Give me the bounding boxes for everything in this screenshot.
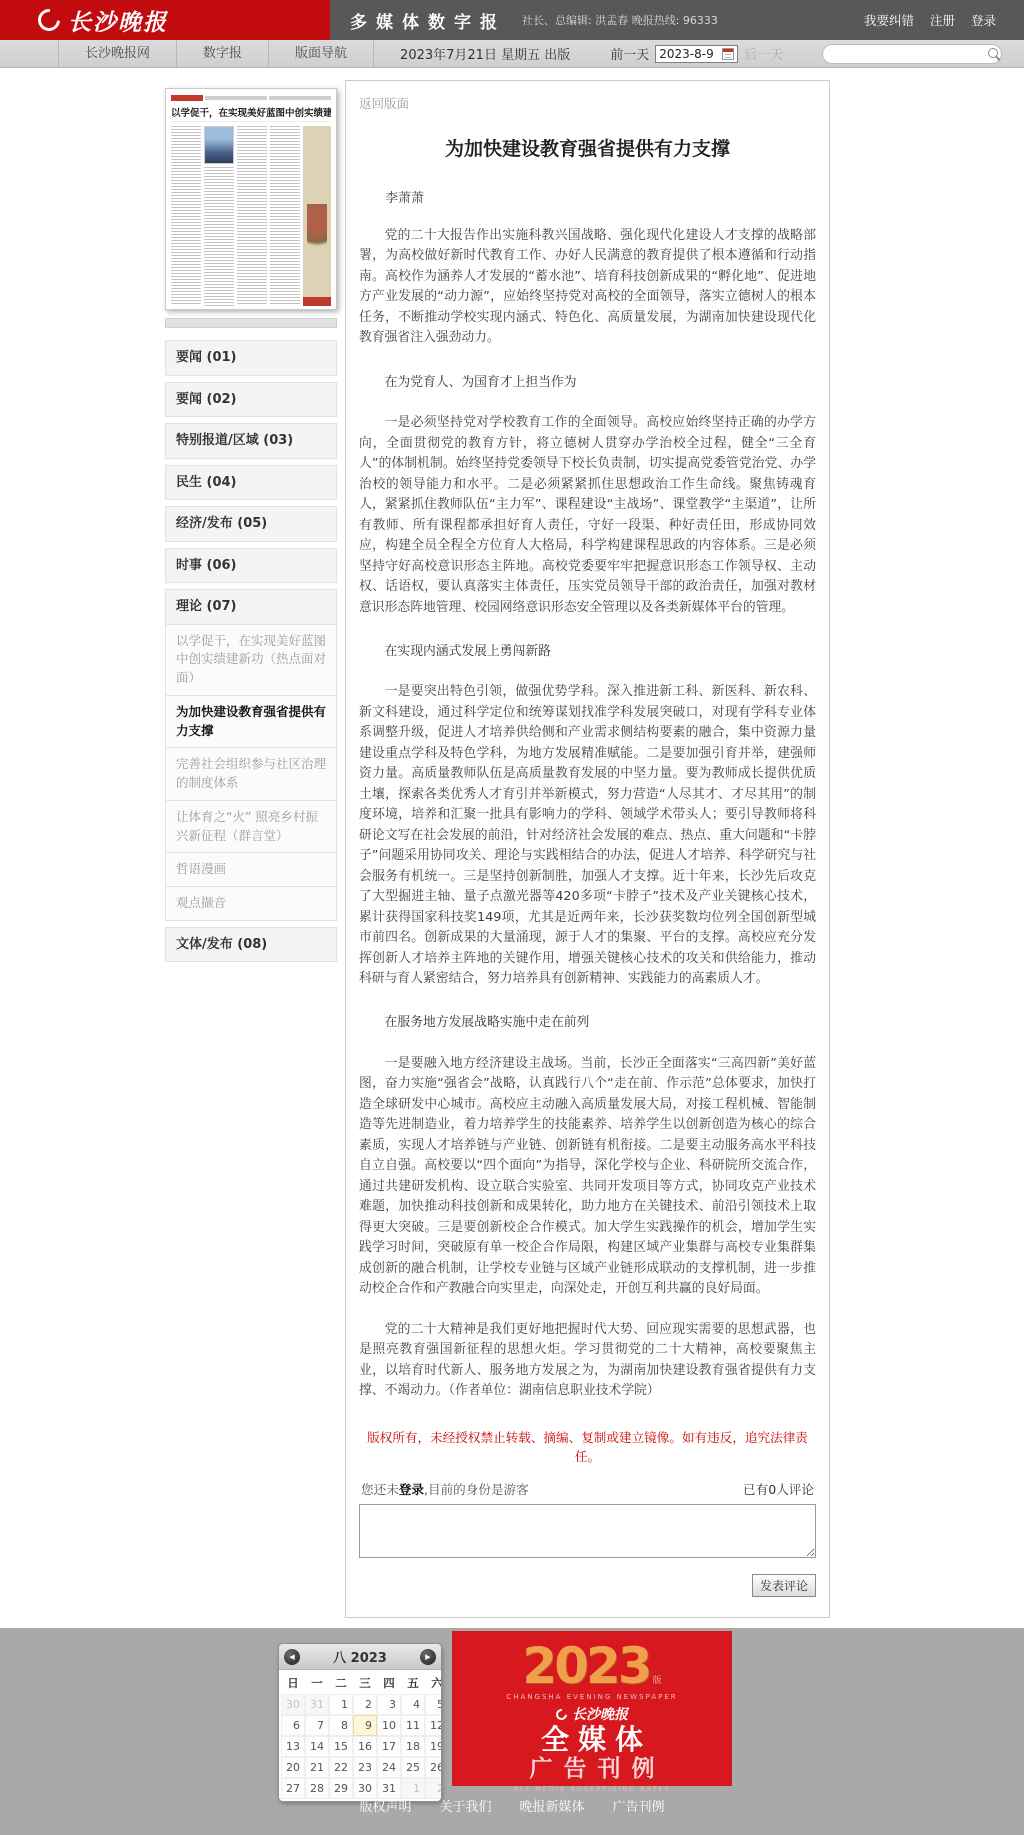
article-paragraph: 党的二十大报告作出实施科教兴国战略、强化现代化建设人才支撑的战略部署，为高校做好… xyxy=(359,226,816,349)
ad-logo-text: 长沙晚报 xyxy=(572,1704,628,1724)
masthead-title: 多媒体数字报 xyxy=(350,8,506,33)
nav-tabs: 长沙晚报网数字报版面导航 xyxy=(58,40,374,67)
article-author: 李萧萧 xyxy=(359,187,816,206)
comment-count: 已有0人评论 xyxy=(743,1479,814,1498)
calendar-weekday: 五 xyxy=(401,1672,425,1694)
login-status-prefix: 您还未 xyxy=(361,1482,399,1497)
sidebar-section-link[interactable]: 文体/发布 (08) xyxy=(165,927,337,963)
thumbnail-column xyxy=(270,126,300,306)
footer-links: 版权声明关于我们晚报新媒体广告刊例 xyxy=(0,1796,1024,1815)
ad-edition-badge: 版 xyxy=(653,1676,662,1686)
thumbnail-masthead-line xyxy=(269,96,331,100)
calendar-day[interactable]: 21 xyxy=(305,1757,329,1778)
secondary-nav: 长沙晚报网数字报版面导航 2023年7月21日 星期五 出版 前一天 后一天 xyxy=(0,40,1024,68)
calendar-day[interactable]: 8 xyxy=(329,1715,353,1736)
footer-band: ◀ 八 2023 ▶ 日一二三四五六3031123456789101112131… xyxy=(0,1628,1024,1835)
thumbnail-column xyxy=(171,126,201,306)
calendar-day[interactable]: 20 xyxy=(281,1757,305,1778)
calendar-prev-icon[interactable]: ◀ xyxy=(284,1649,300,1665)
calendar-day[interactable]: 17 xyxy=(377,1736,401,1757)
calendar-day[interactable]: 6 xyxy=(281,1715,305,1736)
thumbnail-body xyxy=(171,126,331,306)
publish-date: 2023年7月21日 星期五 出版 xyxy=(400,44,570,63)
topbar-link-2[interactable]: 登录 xyxy=(971,11,996,29)
thumbnail-columns xyxy=(171,126,300,306)
submit-comment-button[interactable]: 发表评论 xyxy=(752,1574,816,1597)
sidebar-section-link[interactable]: 时事 (06) xyxy=(165,548,337,584)
copyright-notice: 版权所有，未经授权禁止转载、摘编、复制或建立镜像。如有违反，追究法律责任。 xyxy=(359,1427,816,1465)
calendar-day[interactable]: 4 xyxy=(401,1694,425,1715)
ad-subtitle: CHANGSHA EVENING NEWSPAPER xyxy=(452,1693,732,1701)
thumbnail-portrait-photo xyxy=(204,126,234,164)
calendar-day[interactable]: 10 xyxy=(377,1715,401,1736)
calendar-day[interactable]: 31 xyxy=(305,1694,329,1715)
article-title: 为加快建设教育强省提供有力支撑 xyxy=(359,134,816,161)
calendar-weekday: 六 xyxy=(425,1672,442,1694)
footer-link-3[interactable]: 广告刊例 xyxy=(613,1800,665,1815)
top-header-bar: 长沙晚报 多媒体数字报 社长、总编辑: 洪孟春 晚报热线: 96333 我要纠错… xyxy=(0,0,1024,40)
calendar-day[interactable]: 13 xyxy=(281,1736,305,1757)
sidebar-article-link[interactable]: 以学促干，在实现美好蓝图中创实绩建新功（热点面对面） xyxy=(165,625,337,696)
thumbnail-masthead-red xyxy=(171,95,203,101)
calendar-day[interactable]: 18 xyxy=(401,1736,425,1757)
article-panel: 返回版面 为加快建设教育强省提供有力支撑 李萧萧 党的二十大报告作出实施科教兴国… xyxy=(345,80,830,1618)
calendar-header: ◀ 八 2023 ▶ xyxy=(279,1644,441,1670)
next-day-link[interactable]: 后一天 xyxy=(744,44,783,63)
calendar-weekday: 三 xyxy=(353,1672,377,1694)
calendar-day[interactable]: 22 xyxy=(329,1757,353,1778)
back-to-page-link[interactable]: 返回版面 xyxy=(359,94,409,112)
login-link[interactable]: 登录 xyxy=(399,1482,424,1497)
calendar-weekday: 日 xyxy=(281,1672,305,1694)
calendar-weekday: 二 xyxy=(329,1672,353,1694)
calendar-day[interactable]: 14 xyxy=(305,1736,329,1757)
calendar-day[interactable]: 12 xyxy=(425,1715,442,1736)
nav-tab-1[interactable]: 数字报 xyxy=(177,40,269,67)
submit-row: 发表评论 xyxy=(359,1574,816,1597)
calendar-day[interactable]: 2 xyxy=(353,1694,377,1715)
nav-tab-2[interactable]: 版面导航 xyxy=(269,40,374,67)
search-box xyxy=(822,44,1002,64)
calendar-icon[interactable] xyxy=(722,48,734,60)
sidebar: 以学促干，在实现美好蓝图中创实绩建新功 要闻 (01)要闻 (02) xyxy=(165,88,337,962)
footer-link-1[interactable]: 关于我们 xyxy=(439,1800,491,1815)
calendar-day[interactable]: 19 xyxy=(425,1736,442,1757)
topbar-links: 我要纠错注册登录 xyxy=(864,0,1024,40)
article-body: 党的二十大报告作出实施科教兴国战略、强化现代化建设人才支撑的战略部署，为高校做好… xyxy=(359,226,816,1401)
calendar-day[interactable]: 30 xyxy=(281,1694,305,1715)
ad-year: 2023 xyxy=(522,1641,649,1691)
article-paragraph: 党的二十大精神是我们更好地把握时代大势、回应现实需要的思想武器，也是照亮教育强国… xyxy=(359,1320,816,1402)
footer-link-0[interactable]: 版权声明 xyxy=(359,1800,411,1815)
newspaper-logo-icon xyxy=(34,5,65,36)
calendar-day[interactable]: 3 xyxy=(377,1694,401,1715)
calendar-day[interactable]: 15 xyxy=(329,1736,353,1757)
search-input[interactable] xyxy=(823,46,988,62)
calendar-day[interactable]: 25 xyxy=(401,1757,425,1778)
newspaper-logo[interactable]: 长沙晚报 xyxy=(0,0,330,40)
calendar-day[interactable]: 5 xyxy=(425,1694,442,1715)
article-subheading: 在服务地方发展战略实施中走在前列 xyxy=(359,1013,816,1033)
prev-day-link[interactable]: 前一天 xyxy=(610,44,649,63)
thumbnail-masthead xyxy=(171,94,331,102)
calendar-day[interactable]: 24 xyxy=(377,1757,401,1778)
comment-meta-row: 您还未登录,目前的身份是游客 已有0人评论 xyxy=(361,1479,814,1498)
article-paragraph: 一是要融入地方经济建设主战场。当前，长沙正全面落实“三高四新”美好蓝图，奋力实施… xyxy=(359,1054,816,1300)
ad-line2: 广告刊例 xyxy=(452,1757,732,1782)
topbar-link-0[interactable]: 我要纠错 xyxy=(864,11,914,29)
section-list: 要闻 (01)要闻 (02)特别报道/区域 (03)民生 (04)经济/发布 (… xyxy=(165,340,337,962)
comment-textarea[interactable] xyxy=(359,1504,816,1558)
thumbnail-pager-strip xyxy=(165,318,337,328)
article-subheading: 在为党育人、为国育才上担当作为 xyxy=(359,373,816,393)
search-icon[interactable] xyxy=(988,48,993,61)
page-thumbnail[interactable]: 以学促干，在实现美好蓝图中创实绩建新功 xyxy=(165,88,337,310)
ad-year-row: 2023版 xyxy=(452,1641,732,1691)
calendar-weekday: 四 xyxy=(377,1672,401,1694)
footer-link-2[interactable]: 晚报新媒体 xyxy=(520,1800,585,1815)
thumbnail-illustration xyxy=(303,126,331,306)
calendar-day[interactable]: 23 xyxy=(353,1757,377,1778)
page: 长沙晚报 多媒体数字报 社长、总编辑: 洪孟春 晚报热线: 96333 我要纠错… xyxy=(0,0,1024,1835)
article-paragraph: 一是必须坚持党对学校教育工作的全面领导。高校应始终坚持正确的办学方向，全面贯彻党… xyxy=(359,413,816,618)
date-input[interactable] xyxy=(659,47,719,61)
ad-line3: ALL MEDIA ADVERTISING RATES xyxy=(452,1785,732,1793)
topbar-link-1[interactable]: 注册 xyxy=(930,11,955,29)
sidebar-article-link[interactable]: 哲语漫画 xyxy=(165,853,337,887)
sidebar-section-link[interactable]: 理论 (07) xyxy=(165,589,337,625)
thumbnail-column-text xyxy=(204,167,234,306)
nav-tab-0[interactable]: 长沙晚报网 xyxy=(59,40,177,67)
calendar-day-today[interactable]: 9 xyxy=(353,1715,377,1736)
login-status-suffix: ,目前的身份是游客 xyxy=(424,1482,529,1497)
calendar-weekday: 一 xyxy=(305,1672,329,1694)
thumbnail-column xyxy=(237,126,267,306)
thumbnail-headline: 以学促干，在实现美好蓝图中创实绩建新功 xyxy=(171,105,331,122)
sidebar-section-link[interactable]: 经济/发布 (05) xyxy=(165,506,337,542)
sidebar-section-link[interactable]: 特别报道/区域 (03) xyxy=(165,423,337,459)
calendar-day[interactable]: 16 xyxy=(353,1736,377,1757)
calendar-day[interactable]: 11 xyxy=(401,1715,425,1736)
sidebar-section-link[interactable]: 要闻 (02) xyxy=(165,382,337,418)
masthead-info: 社长、总编辑: 洪孟春 晚报热线: 96333 xyxy=(522,12,718,28)
calendar-grid: 日一二三四五六303112345678910111213141516171819… xyxy=(279,1670,441,1801)
calendar-day[interactable]: 7 xyxy=(305,1715,329,1736)
calendar-month-title: 八 2023 xyxy=(333,1647,387,1666)
calendar-day[interactable]: 26 xyxy=(425,1757,442,1778)
ad-line1: 全媒体 xyxy=(452,1724,732,1756)
advertising-banner[interactable]: 2023版 CHANGSHA EVENING NEWSPAPER 长沙晚报 全媒… xyxy=(452,1631,732,1786)
calendar-next-icon[interactable]: ▶ xyxy=(420,1649,436,1665)
masthead: 多媒体数字报 社长、总编辑: 洪孟春 晚报热线: 96333 xyxy=(330,0,864,40)
sidebar-article-link[interactable]: 完善社会组织参与社区治理的制度体系 xyxy=(165,748,337,801)
login-status: 您还未登录,目前的身份是游客 xyxy=(361,1479,529,1498)
ad-logo-icon xyxy=(554,1707,569,1722)
sidebar-article-link[interactable]: 为加快建设教育强省提供有力支撑 xyxy=(165,696,337,749)
thumbnail-column xyxy=(204,126,234,306)
date-picker xyxy=(655,45,738,63)
calendar-widget: ◀ 八 2023 ▶ 日一二三四五六3031123456789101112131… xyxy=(278,1643,442,1802)
ad-logo-row: 长沙晚报 xyxy=(452,1704,732,1724)
day-navigation: 前一天 后一天 xyxy=(610,44,783,63)
sidebar-article-link[interactable]: 让体育之“火” 照亮乡村振兴新征程（群言堂） xyxy=(165,801,337,854)
newspaper-logo-text: 长沙晚报 xyxy=(68,4,168,37)
calendar-day[interactable]: 1 xyxy=(329,1694,353,1715)
sidebar-article-link[interactable]: 观点撷音 xyxy=(165,887,337,921)
content-area: 以学促干，在实现美好蓝图中创实绩建新功 要闻 (01)要闻 (02) xyxy=(0,68,1024,1624)
sidebar-section-link[interactable]: 民生 (04) xyxy=(165,465,337,501)
article-subheading: 在实现内涵式发展上勇闯新路 xyxy=(359,642,816,662)
thumbnail-masthead-line xyxy=(205,96,267,100)
article-paragraph: 一是要突出特色引领，做强优势学科。深入推进新工科、新医科、新农科、新文科建设，通… xyxy=(359,682,816,989)
sidebar-section-link[interactable]: 要闻 (01) xyxy=(165,340,337,376)
